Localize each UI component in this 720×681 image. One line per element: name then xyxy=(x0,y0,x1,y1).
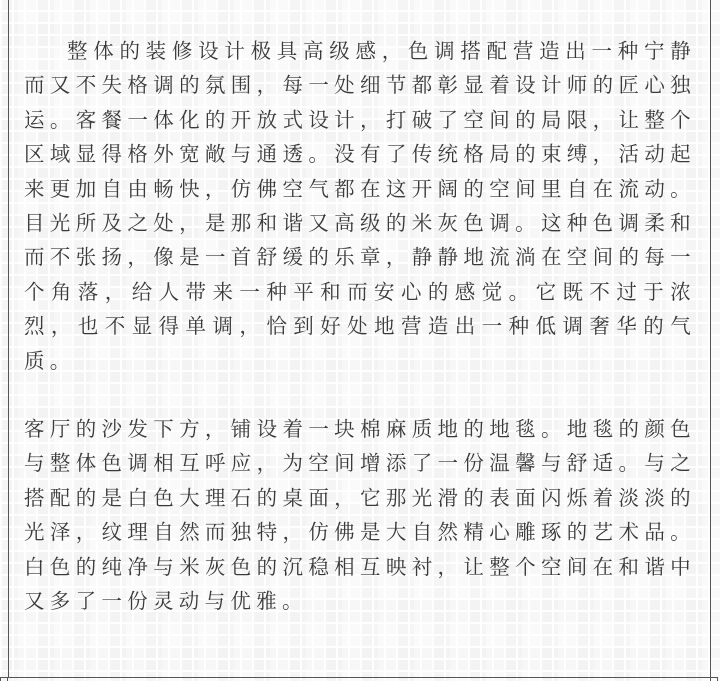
frame-corner-bottom-right xyxy=(710,677,718,681)
frame-corner-bottom-left xyxy=(0,677,8,681)
paragraph-interior-design-overview: 整体的装修设计极具高级感，色调搭配营造出一种宁静而又不失格调的氛围，每一处细节都… xyxy=(24,34,696,378)
article-body: 整体的装修设计极具高级感，色调搭配营造出一种宁静而又不失格调的氛围，每一处细节都… xyxy=(24,34,696,619)
paragraph-living-room-details: 客厅的沙发下方，铺设着一块棉麻质地的地毯。地毯的颜色与整体色调相互呼应，为空间增… xyxy=(24,412,696,618)
